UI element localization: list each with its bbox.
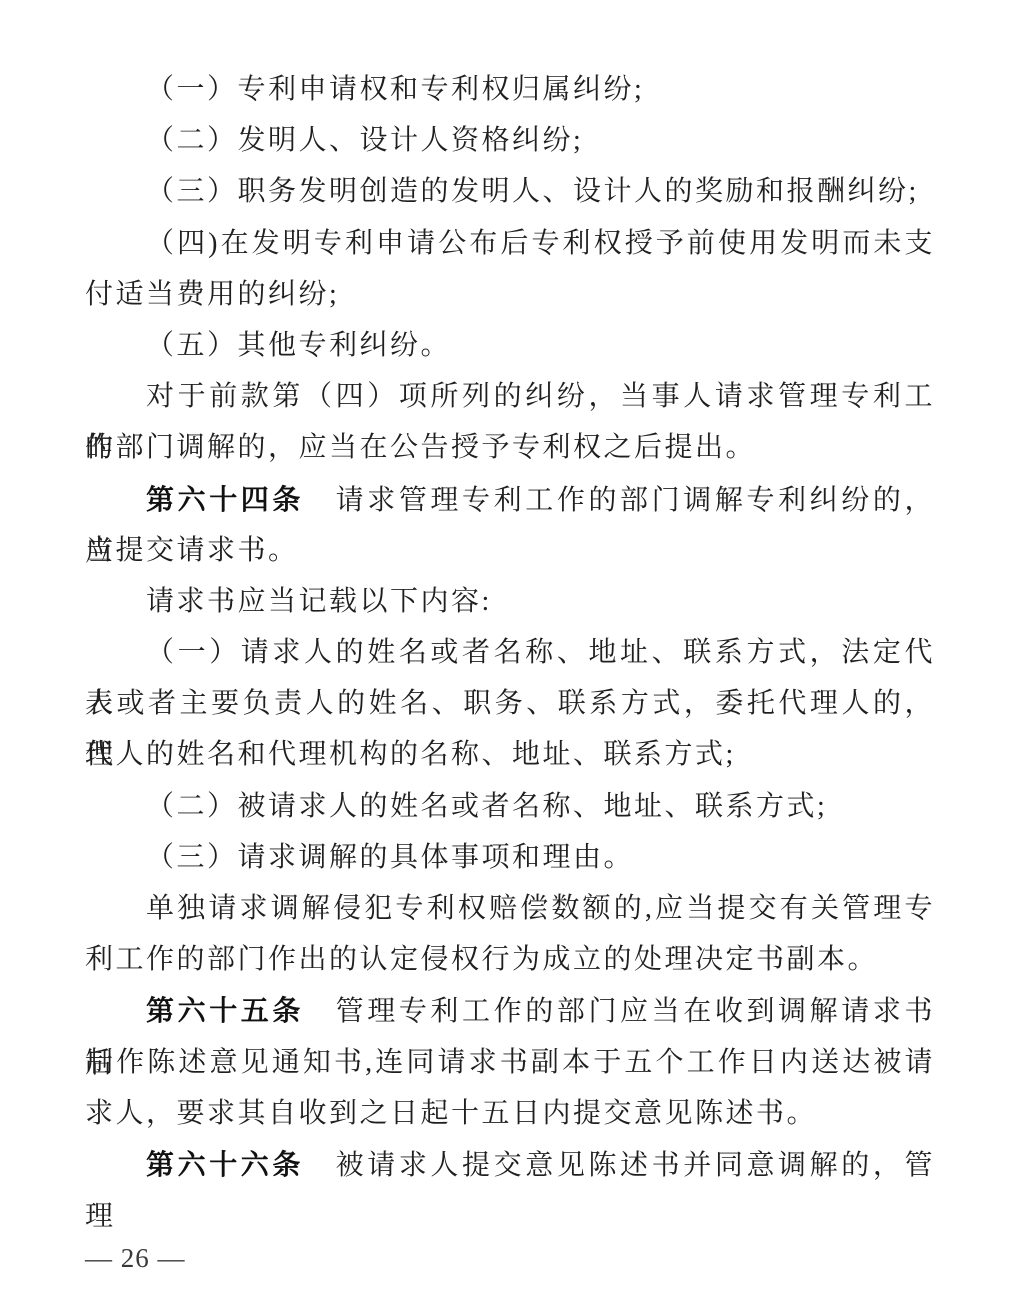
text-line: 对于前款第（四）项所列的纠纷，当事人请求管理专利工作 [85,371,935,422]
text-line: 单独请求调解侵犯专利权赔偿数额的,应当提交有关管理专 [85,883,935,934]
text-line: 利工作的部门作出的认定侵权行为成立的处理决定书副本。 [85,934,935,985]
text-line: 的部门调解的，应当在公告授予专利权之后提出。 [85,422,935,473]
text-line: （三）请求调解的具体事项和理由。 [85,832,935,883]
article-number: 第六十六条 [146,1149,304,1180]
text-line: （二）被请求人的姓名或者名称、地址、联系方式; [85,781,935,832]
text-line: （二）发明人、设计人资格纠纷; [85,115,935,166]
document-body: （一）专利申请权和专利权归属纠纷;（二）发明人、设计人资格纠纷;（三）职务发明创… [85,64,935,1190]
text-line: 制作陈述意见通知书,连同请求书副本于五个工作日内送达被请 [85,1037,935,1088]
article-number: 第六十五条 [146,995,304,1026]
text-line: 理人的姓名和代理机构的名称、地址、联系方式; [85,729,935,780]
page-number: — 26 — [85,1238,186,1278]
article-line: 第六十四条 请求管理专利工作的部门调解专利纠纷的，应 [85,474,935,525]
text-line: 当提交请求书。 [85,525,935,576]
text-line: 人或者主要负责人的姓名、职务、联系方式，委托代理人的，代 [85,678,935,729]
text-line: 求人，要求其自收到之日起十五日内提交意见陈述书。 [85,1088,935,1139]
text-line: 付适当费用的纠纷; [85,269,935,320]
article-line: 第六十五条 管理专利工作的部门应当在收到调解请求书后 [85,985,935,1036]
text-line: （一）专利申请权和专利权归属纠纷; [85,64,935,115]
text-line: （三）职务发明创造的发明人、设计人的奖励和报酬纠纷; [85,166,935,217]
text-line: （一）请求人的姓名或者名称、地址、联系方式，法定代表 [85,627,935,678]
text-line: （四)在发明专利申请公布后专利权授予前使用发明而未支 [85,218,935,269]
article-number: 第六十四条 [146,484,304,515]
article-line: 第六十六条 被请求人提交意见陈述书并同意调解的，管理 [85,1139,935,1190]
text-line: 请求书应当记载以下内容: [85,576,935,627]
document-page: （一）专利申请权和专利权归属纠纷;（二）发明人、设计人资格纠纷;（三）职务发明创… [0,0,1020,1312]
text-line: （五）其他专利纠纷。 [85,320,935,371]
